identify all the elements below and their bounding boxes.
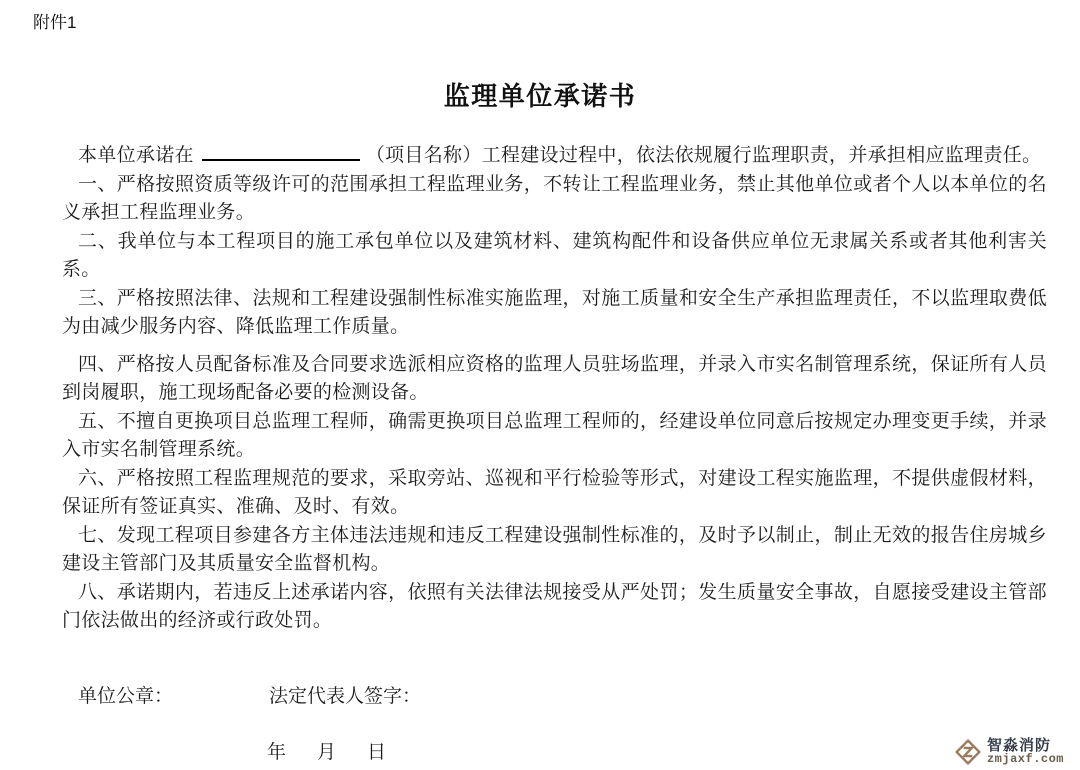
intro-paragraph: 本单位承诺在（项目名称）工程建设过程中，依法依规履行监理职责，并承担相应监理责任…	[62, 140, 1047, 171]
clause-1: 一、严格按照资质等级许可的范围承担工程监理业务，不转让工程监理业务，禁止其他单位…	[62, 171, 1047, 228]
clause-3: 三、严格按照法律、法规和工程建设强制性标准实施监理，对施工质量和安全生产承担监理…	[62, 285, 1047, 342]
diamond-z-logo-icon	[955, 739, 981, 765]
intro-suffix: （项目名称）工程建设过程中，依法依规履行监理职责，并承担相应监理责任。	[366, 145, 1042, 166]
project-name-blank	[202, 140, 360, 161]
signature-row: 单位公章： 法定代表人签字：	[78, 681, 421, 708]
clause-5: 五、不擅自更换项目总监理工程师，确需更换项目总监理工程师的，经建设单位同意后按规…	[62, 408, 1047, 465]
brand-name: 智淼消防	[987, 738, 1064, 754]
clause-6: 六、严格按照工程监理规范的要求，采取旁站、巡视和平行检验等形式，对建设工程实施监…	[62, 465, 1047, 522]
clause-7: 七、发现工程项目参建各方主体违法违规和违反工程建设强制性标准的，及时予以制止，制…	[62, 522, 1047, 579]
page-title: 监理单位承诺书	[0, 76, 1080, 113]
clause-8: 八、承诺期内，若违反上述承诺内容，依照有关法律法规接受从严处罚；发生质量安全事故…	[62, 579, 1047, 636]
clause-4: 四、严格按人员配备标准及合同要求选派相应资格的监理人员驻场监理，并录入市实名制管…	[62, 351, 1047, 408]
attachment-label: 附件1	[33, 8, 76, 33]
brand-watermark: 智淼消防 zmjaxf.com	[955, 738, 1064, 766]
legal-representative-label: 法定代表人签字：	[269, 681, 421, 708]
commitment-letter-page: 附件1 监理单位承诺书 本单位承诺在（项目名称）工程建设过程中，依法依规履行监理…	[0, 0, 1080, 770]
seal-label: 单位公章：	[78, 681, 173, 708]
brand-texts: 智淼消防 zmjaxf.com	[987, 738, 1064, 766]
date-line: 年 月 日	[267, 737, 392, 764]
brand-site-url: zmjaxf.com	[987, 753, 1064, 766]
document-body: 本单位承诺在（项目名称）工程建设过程中，依法依规履行监理职责，并承担相应监理责任…	[62, 140, 1047, 636]
clause-2: 二、我单位与本工程项目的施工承包单位以及建筑材料、建筑构配件和设备供应单位无隶属…	[62, 228, 1047, 285]
intro-prefix: 本单位承诺在	[78, 145, 194, 166]
